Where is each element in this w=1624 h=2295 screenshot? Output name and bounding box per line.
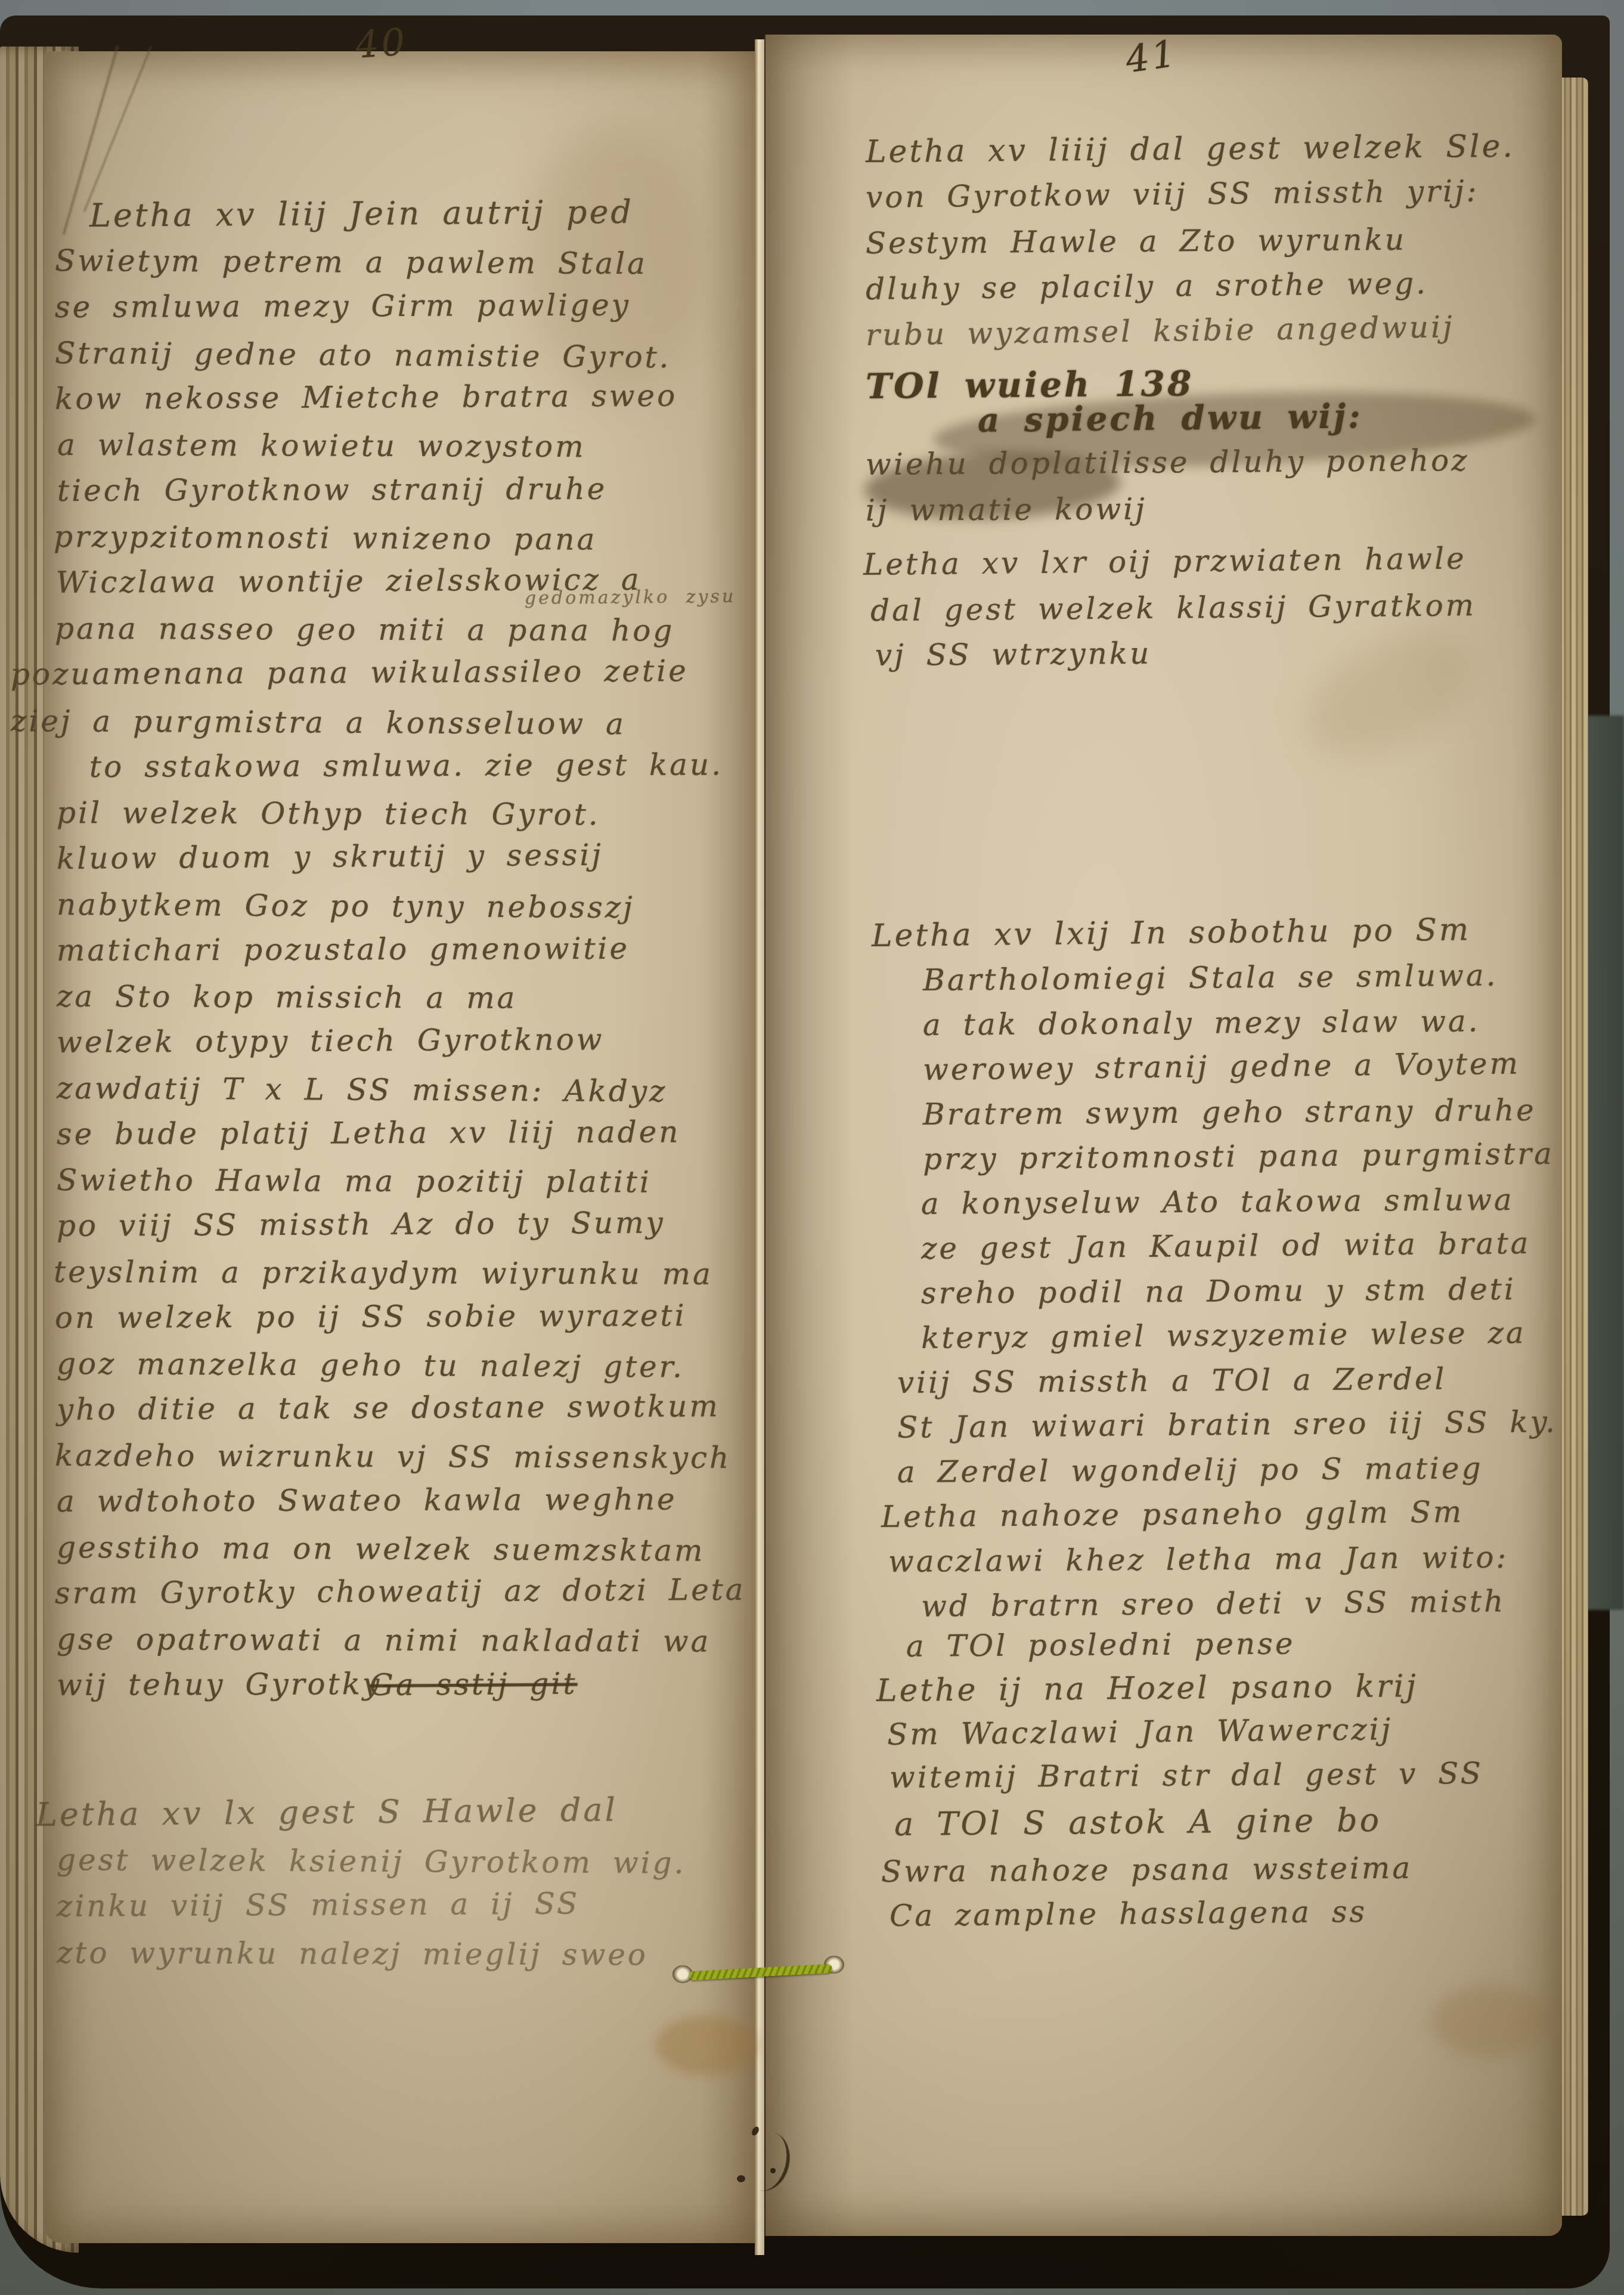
right-page-text-para4: Lethe ij na Hozel psano krijSm Waczlawi … [0, 0, 1624, 2295]
manuscript-photo: 40 41 Letha xv liij Jein autrij pedSwiet… [0, 0, 1624, 2295]
handwriting-line: a TOl S astok A gine bo [894, 1801, 1382, 1843]
handwriting-line: Ca zamplne hasslagena ss [890, 1894, 1368, 1933]
handwriting-line: Lethe ij na Hozel psano krij [876, 1668, 1418, 1709]
handwriting-line: Swra nahoze psana wssteima [881, 1851, 1413, 1889]
handwriting-line: witemij Bratri str dal gest v SS [890, 1756, 1483, 1795]
ink-blot [737, 2175, 745, 2182]
ink-blot [770, 2168, 776, 2173]
handwriting-line: Sm Waczlawi Jan Wawerczij [887, 1712, 1393, 1752]
